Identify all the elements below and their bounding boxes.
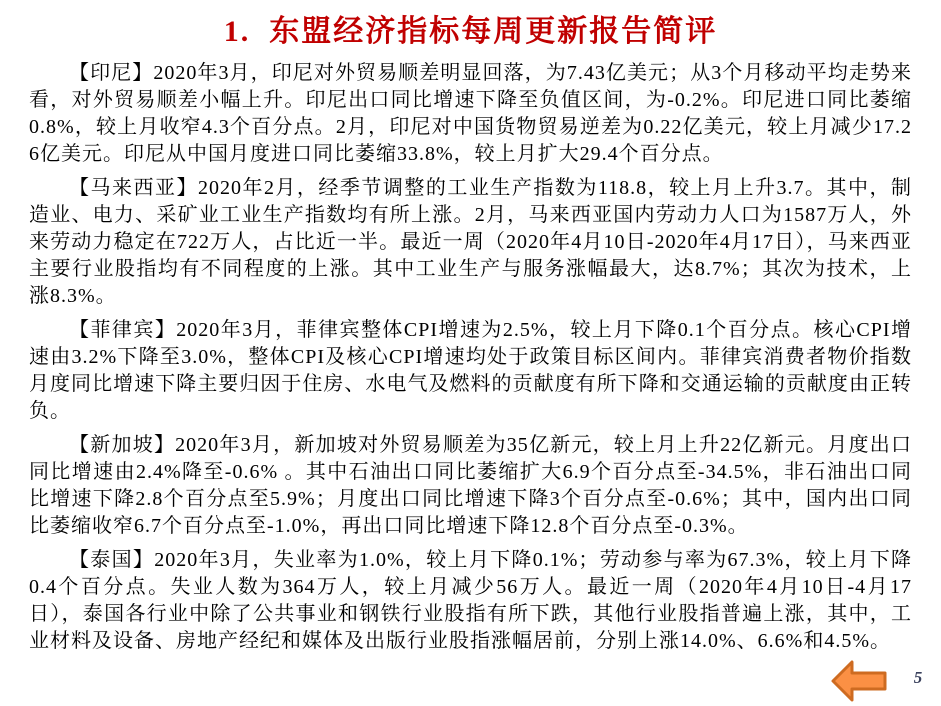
page-number: 5 [903, 668, 933, 688]
back-arrow-button[interactable] [830, 659, 888, 703]
slide-title: 1. 东盟经济指标每周更新报告简评 [20, 13, 921, 51]
left-block-arrow-shape [833, 662, 885, 700]
paragraph-thailand: 【泰国】2020年3月，失业率为1.0%，较上月下降0.1%；劳动参与率为67.… [29, 547, 912, 655]
report-body: 【印尼】2020年3月，印尼对外贸易顺差明显回落，为7.43亿美元；从3个月移动… [0, 60, 941, 655]
paragraph-philippines: 【菲律宾】2020年3月，菲律宾整体CPI增速为2.5%，较上月下降0.1个百分… [29, 317, 912, 425]
slide: 1. 东盟经济指标每周更新报告简评 【印尼】2020年3月，印尼对外贸易顺差明显… [0, 0, 941, 706]
paragraph-malaysia: 【马来西亚】2020年2月，经季节调整的工业生产指数为118.8，较上月上升3.… [29, 175, 912, 310]
paragraph-indonesia: 【印尼】2020年3月，印尼对外贸易顺差明显回落，为7.43亿美元；从3个月移动… [29, 60, 912, 168]
left-block-arrow-icon [830, 659, 888, 703]
paragraph-singapore: 【新加坡】2020年3月，新加坡对外贸易顺差为35亿新元，较上月上升22亿新元。… [29, 432, 912, 540]
